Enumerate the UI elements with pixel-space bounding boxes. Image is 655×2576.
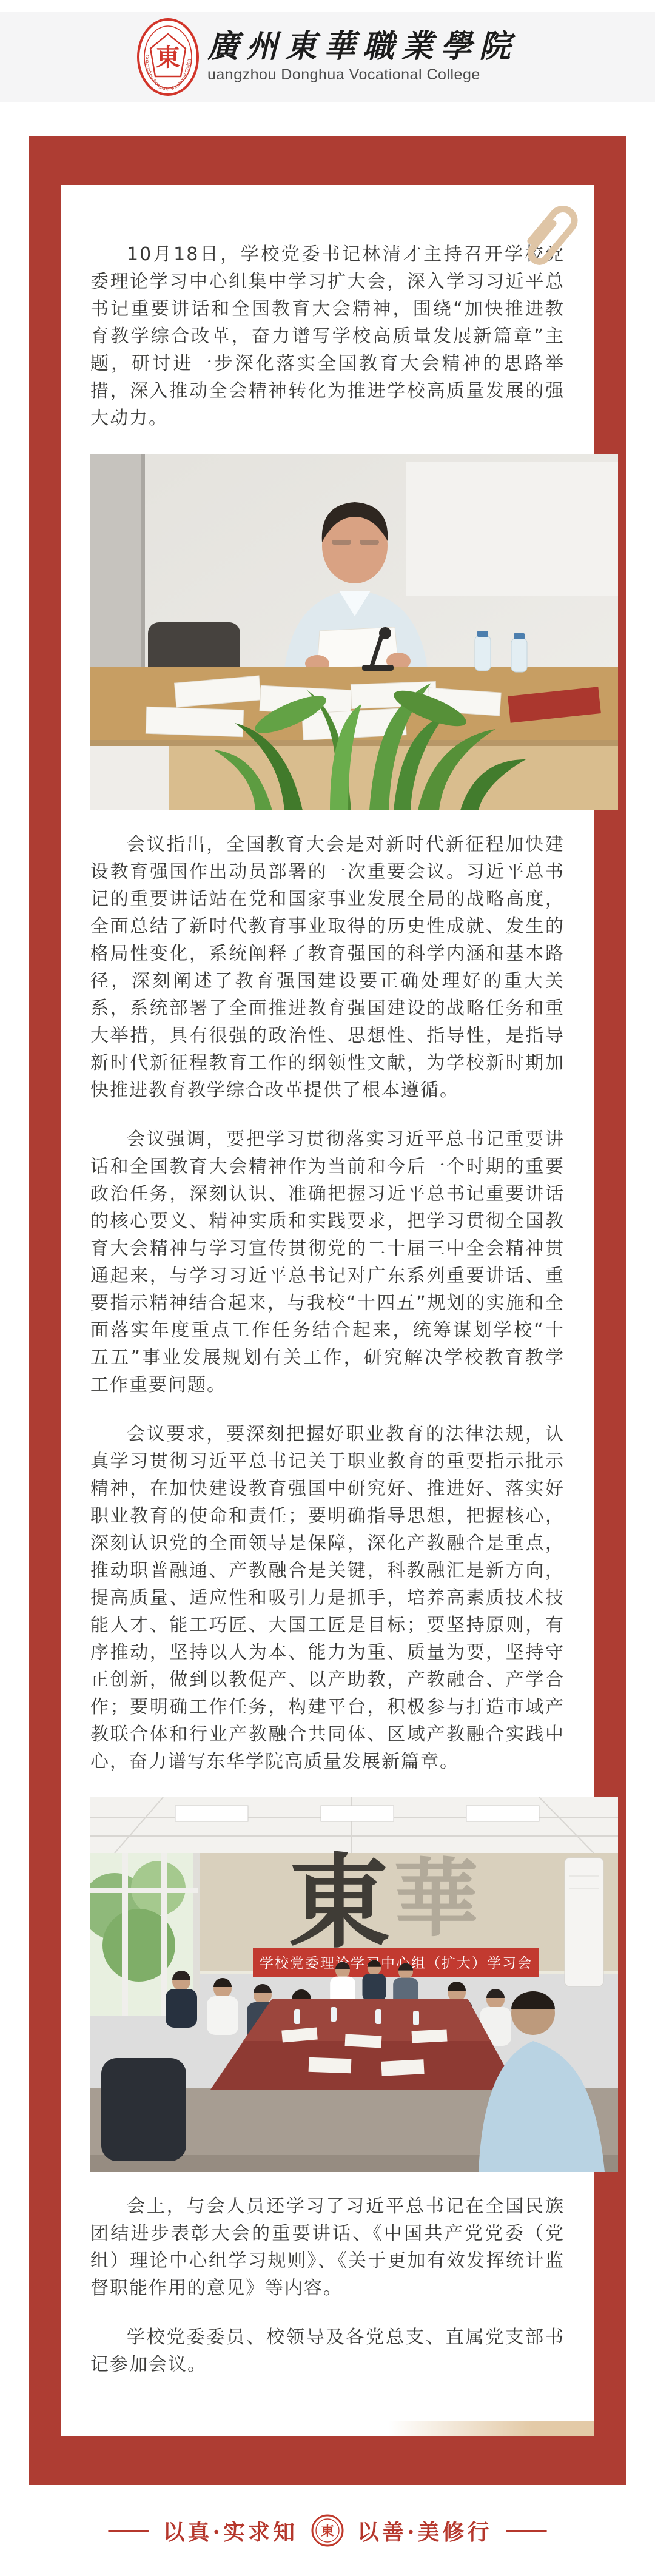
- paperclip-icon: [522, 193, 582, 274]
- footer-seal-icon: 東: [311, 2514, 344, 2547]
- paragraph-4: 会议要求，要深刻把握好职业教育的法律法规，认真学习贯彻习近平总书记关于职业教育的…: [90, 1421, 565, 1775]
- footer-mottos: 以真·实求知 東 以善·美修行: [0, 2485, 655, 2576]
- school-name-english: uangzhou Donghua Vocational College: [207, 66, 518, 84]
- school-seal-logo: 東 Guangzhou Donghua Vocational College: [137, 18, 199, 96]
- paragraph-2: 会议指出，全国教育大会是对新时代新征程加快建设教育强国作出动员部署的一次重要会议…: [90, 831, 565, 1104]
- motto-divider-right: [506, 2530, 547, 2532]
- meeting-banner: 学校党委理论学习中心组（扩大）学习会: [253, 1948, 539, 1977]
- air-conditioner: [565, 1858, 603, 1986]
- speaker-photo: [90, 454, 618, 810]
- page: 東 Guangzhou Donghua Vocational College 廣…: [0, 12, 655, 2576]
- paragraph-3: 会议强调，要把学习贯彻落实习近平总书记重要讲话和全国教育大会精神作为当前和今后一…: [90, 1126, 565, 1399]
- ceiling-lights: [175, 1806, 539, 1821]
- speaker-photo-scene: [90, 454, 618, 810]
- corner-watermark: [388, 2421, 594, 2436]
- header-inner: 東 Guangzhou Donghua Vocational College 廣…: [137, 18, 518, 96]
- school-header: 東 Guangzhou Donghua Vocational College 廣…: [0, 12, 655, 102]
- wall-screen: [406, 462, 618, 596]
- school-titles: 廣州東華職業學院 uangzhou Donghua Vocational Col…: [207, 30, 518, 84]
- motto-left: 以真·实求知: [163, 2515, 298, 2546]
- meeting-banner-text: 学校党委理论学习中心组（扩大）学习会: [260, 1956, 532, 1971]
- paragraph-1: 10月18日，学校党委书记林清才主持召开学校党委理论学习中心组集中学习扩大会，深…: [90, 241, 565, 432]
- footer-seal-char: 東: [321, 2523, 334, 2539]
- meeting-photo: 東 華: [90, 1797, 618, 2172]
- radiator: [90, 746, 169, 810]
- meeting-photo-scene: 東 華: [90, 1797, 618, 2172]
- article-frame: 10月18日，学校党委书记林清才主持召开学校党委理论学习中心组集中学习扩大会，深…: [29, 136, 626, 2485]
- seal-center-char: 東: [156, 44, 180, 72]
- motto-divider-left: [108, 2530, 149, 2532]
- paragraph-6: 学校党委委员、校领导及各党总支、直属党支部书记参加会议。: [90, 2324, 565, 2378]
- foreground-chair: [101, 2058, 186, 2161]
- motto-right: 以善·美修行: [357, 2515, 492, 2546]
- article-card: 10月18日，学校党委书记林清才主持召开学校党委理论学习中心组集中学习扩大会，深…: [61, 185, 594, 2436]
- wall-calligraphy-right: 華: [394, 1849, 479, 1949]
- school-name-calligraphy: 廣州東華職業學院: [207, 30, 518, 64]
- wall-calligraphy-left: 東: [288, 1842, 390, 1962]
- paragraph-5: 会上，与会人员还学习了习近平总书记在全国民族团结进步表彰大会的重要讲话、《中国共…: [90, 2193, 565, 2302]
